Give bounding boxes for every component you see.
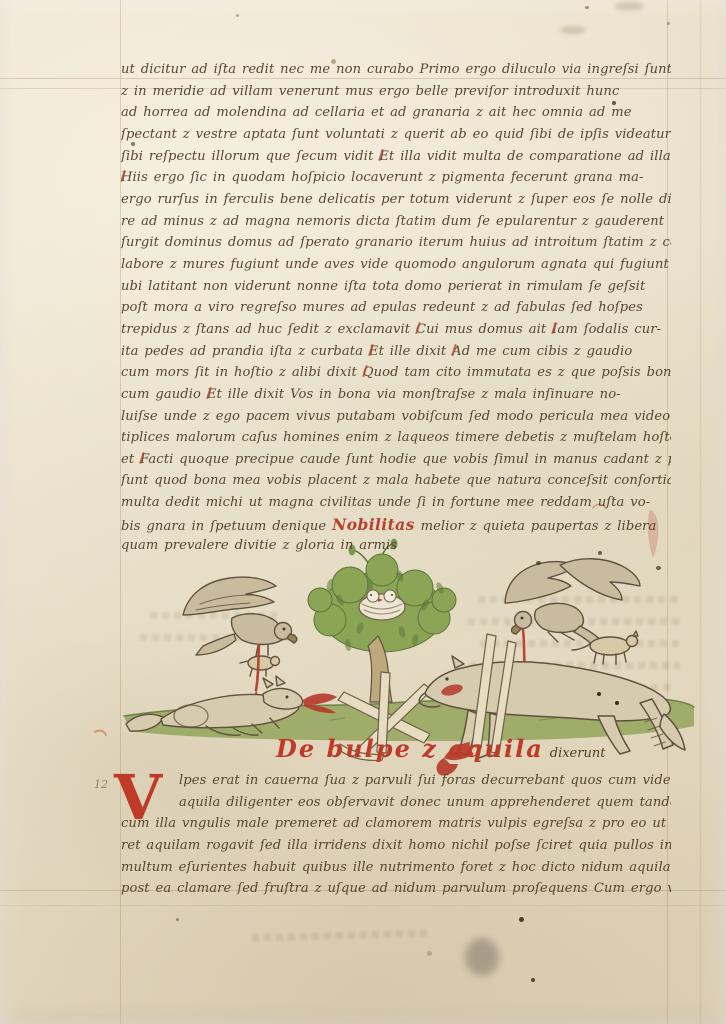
decorated-initial: V (114, 770, 162, 826)
margin-folio-number: 12 (94, 778, 108, 791)
text-block-upper: ut dicitur ad iſta redit nec me non cura… (121, 59, 671, 559)
show-through-text (470, 662, 680, 669)
manuscript-line: luiſse unde z ego pacem vivus putabam vo… (121, 406, 671, 428)
manuscript-line: ergo rurſus in ferculis bene delicatis p… (121, 189, 671, 211)
manuscript-line: ſpectant z vestre aptata ſunt voluntati … (121, 124, 671, 146)
stain-speck (656, 566, 661, 570)
manuscript-line: post ea clamare ſed fruſtra z uſque ad n… (121, 878, 671, 900)
blood-drip (523, 630, 526, 676)
manuscript-line: multa dedit michi ut magna civilitas und… (121, 492, 671, 514)
page-edge-crease (700, 0, 701, 1024)
stain-speck (465, 938, 499, 976)
manuscript-line: cum gaudio Et ille dixit Vos in bona via… (121, 384, 671, 406)
eagle-left (183, 577, 297, 698)
manuscript-line: cum illa vngulis male premeret ad clamor… (121, 813, 671, 835)
text-block-lower: lpes erat in cauerna ſua z parvuli ſui f… (121, 770, 671, 904)
show-through-text (468, 618, 683, 625)
tree-trunk (368, 636, 392, 702)
manuscript-line: ſunt quod bona mea vobis placent z mala … (121, 470, 671, 492)
eagle-right (505, 559, 640, 684)
stain-speck (536, 561, 541, 565)
manuscript-line: ſibi reſpectu illorum que ſecum vidit Et… (121, 146, 671, 168)
manuscript-line: aquila diligenter eos obſervavit donec u… (179, 792, 671, 814)
manuscript-line: z in meridie ad villam venerunt mus ergo… (121, 81, 671, 103)
manuscript-line: multum eſurientes habuit quibus ille nut… (121, 857, 671, 879)
show-through-text (252, 930, 432, 942)
chick (384, 590, 396, 602)
rubric-suffix: dixerunt (550, 746, 606, 761)
manuscript-page: ut dicitur ad iſta redit nec me non cura… (0, 0, 726, 1024)
show-through-text (478, 596, 678, 603)
manuscript-line: re ad minus z ad magna nemoris dicta ſta… (121, 211, 671, 233)
manuscript-line: Hiis ergo ſic in quodam hoſpicio locaver… (121, 167, 671, 189)
stain-speck (427, 951, 432, 956)
chick (367, 590, 379, 602)
ruling-line-bottom-2 (0, 905, 726, 906)
rubric-title: De bulpe z aquila (276, 734, 544, 763)
manuscript-line: tiplices malorum caſus homines enim z la… (121, 427, 671, 449)
tree (308, 539, 456, 703)
manuscript-line: poſt mora a viro regreſso mures ad epula… (121, 297, 671, 319)
margin-red-mark (95, 731, 106, 735)
manuscript-line: trepidus z ſtans ad huc ſedit z exclamav… (121, 319, 671, 341)
manuscript-line: ſurgit dominus domus ad ſperato granario… (121, 232, 671, 254)
manuscript-line: labore z mures fugiunt unde aves vide qu… (121, 254, 671, 276)
show-through-text (140, 634, 290, 641)
stain-speck (585, 6, 589, 9)
manuscript-line: lpes erat in cauerna ſua z parvuli ſui f… (179, 770, 671, 792)
manuscript-line: bis gnara in ſpetuum denique Nobilitas m… (121, 514, 671, 536)
manuscript-line: ad horrea ad molendina ad cellaria et ad… (121, 102, 671, 124)
show-through-text (480, 640, 680, 647)
stain-speck (519, 917, 524, 922)
chapter-rubric: De bulpe z aquiladixerunt (276, 734, 605, 763)
manuscript-line: ret aquilam rogavit ſed illa irridens di… (121, 835, 671, 857)
manuscript-line: ita pedes ad prandia iſta z curbata Et i… (121, 341, 671, 363)
nest-with-chicks (359, 590, 405, 620)
manuscript-line: et Facti quoque precipue caude ſunt hodi… (121, 449, 671, 471)
flame-in-mouth (303, 694, 337, 714)
stain-speck (560, 26, 586, 34)
show-through-text (495, 684, 670, 691)
stain-speck (531, 978, 535, 982)
manuscript-line: ubi latitant non viderunt nonne iſta tot… (121, 276, 671, 298)
blood-drip (256, 645, 259, 690)
fox-tail (660, 714, 685, 750)
fox-cub-carried (572, 631, 638, 664)
show-through-text (150, 612, 280, 619)
fox-cub-carried (240, 656, 280, 677)
flame-at-mouth (440, 682, 464, 697)
stain-speck (614, 2, 644, 10)
fox-left (126, 676, 337, 735)
fox-tail (126, 714, 163, 731)
manuscript-line: cum mors ſit in hoſtio z alibi dixit Quo… (121, 362, 671, 384)
stain-speck (236, 14, 239, 17)
manuscript-line: ut dicitur ad iſta redit nec me non cura… (121, 59, 671, 81)
stain-speck (176, 918, 179, 921)
manuscript-line: quam prevalere divitie z gloria in armis (121, 535, 671, 557)
